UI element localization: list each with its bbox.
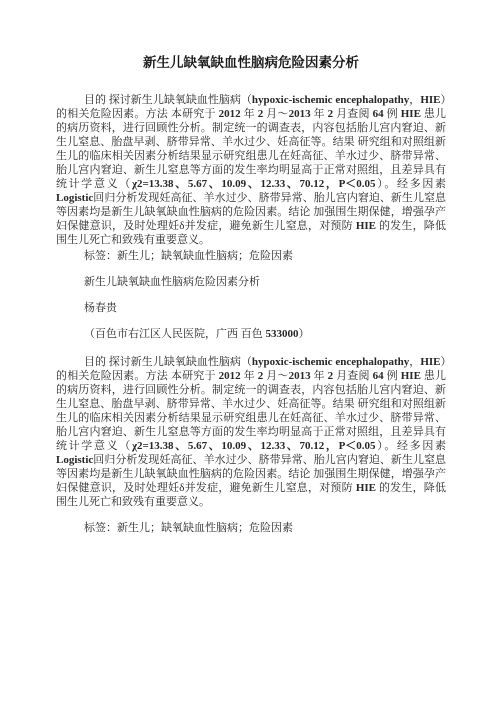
latin-bold-text: HIE <box>401 370 421 382</box>
text-run: 年 <box>241 370 258 382</box>
text-run: 年 <box>241 108 258 120</box>
author-name: 杨春贵 <box>56 301 446 315</box>
text-run: ）。经多因素 <box>376 178 446 190</box>
text-run: ， <box>409 94 420 106</box>
latin-bold-text: 2013 <box>289 370 311 382</box>
text-run: 目的 探讨新生儿缺氧缺血性脑病（ <box>84 356 252 368</box>
latin-bold-text: 533000 <box>266 328 299 340</box>
text-run: 月～ <box>263 108 288 120</box>
latin-bold-text: χ2=13.38、5.67、10.09、12.33、70.12，P＜0.05 <box>132 440 376 452</box>
latin-bold-text: 2013 <box>289 108 311 120</box>
latin-bold-text: HIE <box>356 220 376 232</box>
affiliation-line: （百色市右江区人民医院，广西 百色 533000） <box>56 327 446 341</box>
latin-bold-text: hypoxic-ischemic encephalopathy <box>252 356 409 368</box>
document-page: 新生儿缺氧缺血性脑病危险因素分析 目的 探讨新生儿缺氧缺血性脑病（hypoxic… <box>0 0 500 707</box>
text-run: 年 <box>311 108 328 120</box>
latin-bold-text: 2012 <box>219 108 241 120</box>
text-run: 月查阅 <box>333 108 372 120</box>
abstract-paragraph: 目的 探讨新生儿缺氧缺血性脑病（hypoxic-ischemic encepha… <box>56 93 446 247</box>
latin-bold-text: hypoxic-ischemic encephalopathy <box>252 94 409 106</box>
text-run: ） <box>299 328 310 340</box>
latin-bold-text: Logistic <box>56 454 93 466</box>
latin-bold-text: χ2=13.38、5.67、10.09、12.33、70.12，P＜0.05 <box>132 178 376 190</box>
text-run: 年 <box>311 370 328 382</box>
latin-bold-text: HIE <box>356 482 376 494</box>
text-run: 例 <box>384 108 401 120</box>
latin-bold-text: HIE <box>420 94 440 106</box>
text-run: ）。经多因素 <box>376 440 446 452</box>
text-run: （百色市右江区人民医院，广西 百色 <box>84 328 266 340</box>
text-run: ， <box>409 356 420 368</box>
latin-bold-text: HIE <box>420 356 440 368</box>
text-run: 目的 探讨新生儿缺氧缺血性脑病（ <box>84 94 252 106</box>
page-title: 新生儿缺氧缺血性脑病危险因素分析 <box>56 56 446 70</box>
latin-bold-text: Logistic <box>56 192 93 204</box>
abstract-paragraph: 目的 探讨新生儿缺氧缺血性脑病（hypoxic-ischemic encepha… <box>56 355 446 509</box>
keywords-line: 标签：新生儿；缺氧缺血性脑病；危险因素 <box>56 521 446 535</box>
keywords-line: 标签：新生儿；缺氧缺血性脑病；危险因素 <box>56 249 446 263</box>
text-run: 月查阅 <box>333 370 372 382</box>
latin-bold-text: 2012 <box>219 370 241 382</box>
text-run: 例 <box>384 370 401 382</box>
latin-bold-text: 64 <box>373 370 384 382</box>
text-run: 月～ <box>263 370 288 382</box>
latin-bold-text: 64 <box>373 108 384 120</box>
latin-bold-text: HIE <box>401 108 421 120</box>
secondary-title: 新生儿缺氧缺血性脑病危险因素分析 <box>56 275 446 289</box>
